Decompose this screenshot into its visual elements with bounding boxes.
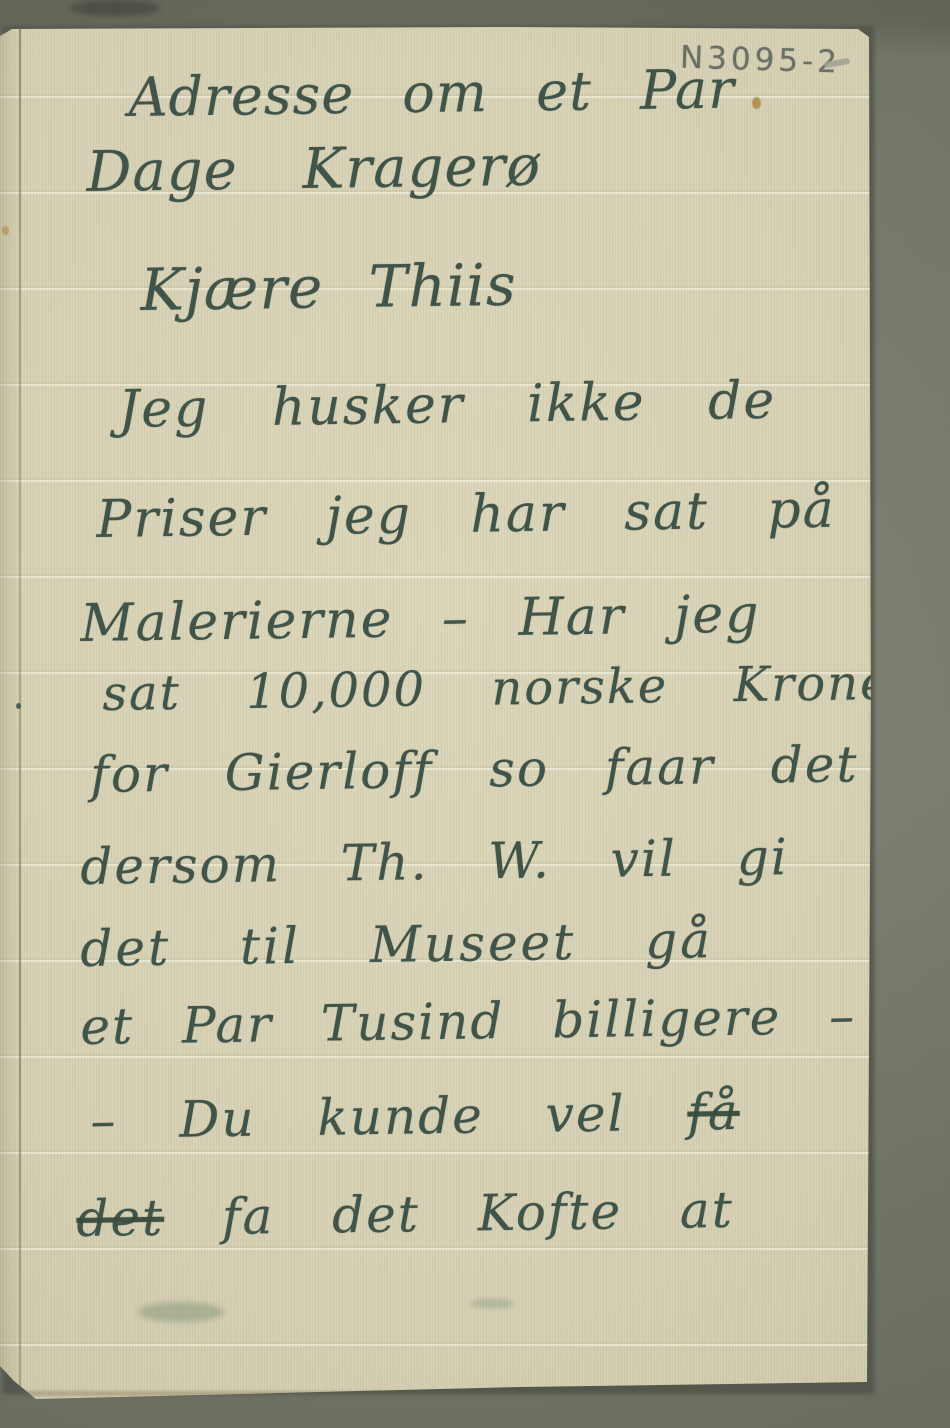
handwriting-line-4: Jeg husker ikke de: [118, 371, 777, 440]
handwriting-text: Dage Kragerø: [86, 134, 541, 205]
handwriting-line-13: det fa det Kofte at: [76, 1181, 734, 1248]
handwriting-text: Adresse om et Par: [128, 58, 735, 129]
struck-out-word: det: [76, 1189, 165, 1248]
handwriting-text: det til Museet gå: [80, 911, 713, 978]
handwriting-line-12: – Du kunde vel få: [90, 1083, 740, 1150]
handwriting-text: fa det Kofte at: [164, 1181, 735, 1247]
handwriting-line-11: et Par Tusind billigere –: [80, 987, 857, 1056]
handwriting-line-1: Adresse om et Par: [128, 58, 735, 129]
handwriting-line-10: det til Museet gå: [80, 911, 713, 978]
handwriting-line-6: Malerierne – Har jeg: [80, 585, 761, 654]
letter-paper: N3095-2 Adresse om et ParDage KragerøKjæ…: [0, 0, 880, 1410]
handwriting-line-7: sat 10,000 norske Kroner: [102, 655, 916, 722]
handwriting-text: – Du kunde vel: [90, 1084, 688, 1150]
handwriting-line-9: dersom Th. W. vil gi: [80, 828, 789, 896]
handwriting-text: for Gierloff so faar det: [90, 735, 859, 804]
handwriting-text: et Par Tusind billigere –: [80, 987, 857, 1056]
struck-out-word: få: [687, 1083, 740, 1142]
handwriting-text: Kjære Thiis: [140, 251, 517, 324]
handwriting-text: Jeg husker ikke de: [118, 371, 777, 440]
handwriting-text: dersom Th. W. vil gi: [80, 828, 789, 896]
mount-dark-smudge: [70, 0, 160, 16]
handwriting-line-5: Priser jeg har sat på: [96, 480, 836, 550]
handwriting-line-8: for Gierloff so faar det: [90, 735, 859, 804]
handwriting-line-3: Kjære Thiis: [140, 251, 517, 324]
handwriting-text: Malerierne – Har jeg: [80, 585, 761, 654]
scanned-letter-page: N3095-2 Adresse om et ParDage KragerøKjæ…: [0, 0, 950, 1428]
handwriting-line-2: Dage Kragerø: [86, 134, 541, 205]
handwriting-text: sat 10,000 norske Kroner: [102, 655, 916, 722]
handwriting-layer: Adresse om et ParDage KragerøKjære Thiis…: [0, 0, 880, 1410]
handwriting-text: Priser jeg har sat på: [96, 480, 836, 550]
